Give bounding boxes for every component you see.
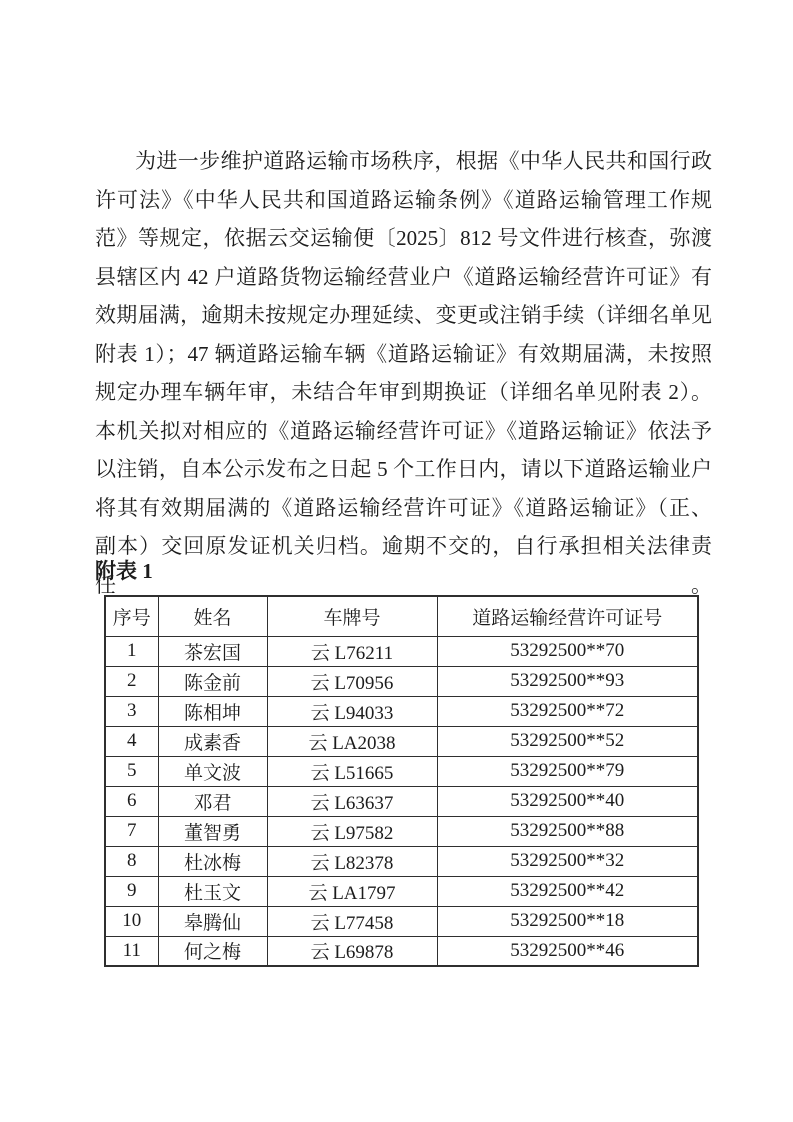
- cell-permit: 53292500**52: [437, 726, 698, 756]
- cell-permit: 53292500**32: [437, 846, 698, 876]
- table-row: 3陈相坤云 L9403353292500**72: [105, 696, 698, 726]
- cell-name: 邓君: [158, 786, 267, 816]
- cell-permit: 53292500**18: [437, 906, 698, 936]
- table-row: 4成素香云 LA203853292500**52: [105, 726, 698, 756]
- notice-line: 许可法》《中华人民共和国道路运输条例》《道路运输管理工作规: [95, 181, 712, 220]
- cell-index: 11: [105, 936, 158, 966]
- cell-plate: 云 LA2038: [267, 726, 437, 756]
- cell-name: 成素香: [158, 726, 267, 756]
- cell-index: 2: [105, 666, 158, 696]
- cell-name: 陈相坤: [158, 696, 267, 726]
- cell-name: 陈金前: [158, 666, 267, 696]
- notice-line: 效期届满，逾期未按规定办理延续、变更或注销手续（详细名单见: [95, 296, 712, 335]
- table-row: 6邓君云 L6363753292500**40: [105, 786, 698, 816]
- cell-plate: 云 L77458: [267, 906, 437, 936]
- cell-permit: 53292500**42: [437, 876, 698, 906]
- cell-plate: 云 L82378: [267, 846, 437, 876]
- notice-line: 副本）交回原发证机关归档。逾期不交的，自行承担相关法律责任。: [95, 527, 712, 604]
- cell-name: 杜冰梅: [158, 846, 267, 876]
- notice-line: 附表 1）；47 辆道路运输车辆《道路运输证》有效期届满，未按照: [95, 335, 712, 374]
- notice-line: 以注销，自本公示发布之日起 5 个工作日内，请以下道路运输业户: [95, 450, 712, 489]
- column-header-index: 序号: [105, 596, 158, 636]
- cell-name: 茶宏国: [158, 636, 267, 666]
- cell-index: 8: [105, 846, 158, 876]
- cell-permit: 53292500**88: [437, 816, 698, 846]
- notice-line: 本机关拟对相应的《道路运输经营许可证》《道路运输证》依法予: [95, 412, 712, 451]
- notice-paragraph: 为进一步维护道路运输市场秩序，根据《中华人民共和国行政许可法》《中华人民共和国道…: [95, 142, 712, 604]
- column-header-permit: 道路运输经营许可证号: [437, 596, 698, 636]
- annex-table: 序号姓名车牌号道路运输经营许可证号 1茶宏国云 L7621153292500**…: [104, 595, 699, 967]
- table-row: 10皋腾仙云 L7745853292500**18: [105, 906, 698, 936]
- cell-name: 皋腾仙: [158, 906, 267, 936]
- notice-line: 将其有效期届满的《道路运输经营许可证》《道路运输证》（正、: [95, 489, 712, 528]
- appendix-label: 附表 1: [95, 556, 153, 586]
- cell-name: 何之梅: [158, 936, 267, 966]
- table-row: 7董智勇云 L9758253292500**88: [105, 816, 698, 846]
- table-row: 5单文波云 L5166553292500**79: [105, 756, 698, 786]
- cell-plate: 云 L97582: [267, 816, 437, 846]
- cell-index: 10: [105, 906, 158, 936]
- cell-index: 9: [105, 876, 158, 906]
- cell-permit: 53292500**72: [437, 696, 698, 726]
- notice-line: 县辖区内 42 户道路货物运输经营业户《道路运输经营许可证》有: [95, 258, 712, 297]
- cell-plate: 云 L94033: [267, 696, 437, 726]
- cell-index: 7: [105, 816, 158, 846]
- notice-line: 范》等规定，依据云交运输便〔2025〕812 号文件进行核查，弥渡: [95, 219, 712, 258]
- cell-permit: 53292500**40: [437, 786, 698, 816]
- cell-name: 董智勇: [158, 816, 267, 846]
- cell-index: 3: [105, 696, 158, 726]
- cell-plate: 云 LA1797: [267, 876, 437, 906]
- column-header-name: 姓名: [158, 596, 267, 636]
- table-row: 9杜玉文云 LA179753292500**42: [105, 876, 698, 906]
- cell-index: 1: [105, 636, 158, 666]
- cell-permit: 53292500**46: [437, 936, 698, 966]
- notice-line: 规定办理车辆年审，未结合年审到期换证（详细名单见附表 2）。: [95, 373, 712, 412]
- cell-index: 5: [105, 756, 158, 786]
- cell-index: 6: [105, 786, 158, 816]
- cell-plate: 云 L76211: [267, 636, 437, 666]
- cell-plate: 云 L51665: [267, 756, 437, 786]
- cell-plate: 云 L70956: [267, 666, 437, 696]
- cell-permit: 53292500**79: [437, 756, 698, 786]
- notice-line: 为进一步维护道路运输市场秩序，根据《中华人民共和国行政: [95, 142, 712, 181]
- table-header-row: 序号姓名车牌号道路运输经营许可证号: [105, 596, 698, 636]
- column-header-plate: 车牌号: [267, 596, 437, 636]
- cell-plate: 云 L69878: [267, 936, 437, 966]
- table-row: 11何之梅云 L6987853292500**46: [105, 936, 698, 966]
- document-page: 为进一步维护道路运输市场秩序，根据《中华人民共和国行政许可法》《中华人民共和国道…: [0, 0, 793, 1122]
- cell-name: 单文波: [158, 756, 267, 786]
- table-row: 2陈金前云 L7095653292500**93: [105, 666, 698, 696]
- cell-index: 4: [105, 726, 158, 756]
- cell-permit: 53292500**70: [437, 636, 698, 666]
- table-row: 1茶宏国云 L7621153292500**70: [105, 636, 698, 666]
- cell-name: 杜玉文: [158, 876, 267, 906]
- cell-plate: 云 L63637: [267, 786, 437, 816]
- table-row: 8杜冰梅云 L8237853292500**32: [105, 846, 698, 876]
- cell-permit: 53292500**93: [437, 666, 698, 696]
